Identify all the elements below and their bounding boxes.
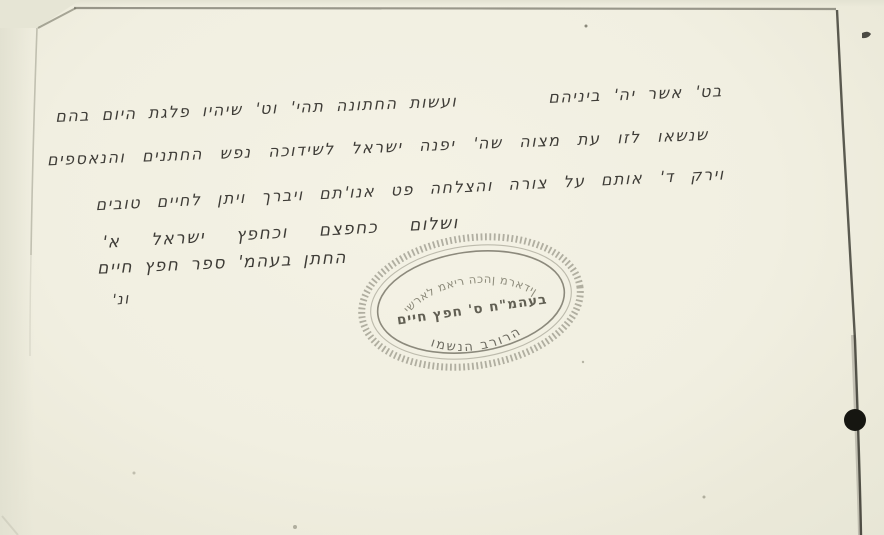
page-edge-top: [74, 8, 836, 9]
punch-hole-dot: [844, 409, 866, 431]
page-edge-corner-cut: [38, 8, 76, 28]
ink-stamp: ןידארמ ןהכה ריאמ לארשי בעהמ"ח ס' חפץ חיי…: [340, 222, 602, 386]
page-edge-left-faded: [30, 255, 31, 356]
bottom-left-crease: [2, 516, 18, 535]
paper-speck: [293, 525, 297, 529]
page-edge-left: [31, 28, 37, 255]
corner-ink-mark: [862, 32, 871, 38]
handwritten-flourish: ונ': [111, 291, 132, 308]
paper-speck: [585, 25, 588, 28]
paper-speck: [703, 496, 706, 499]
paper-speck: [133, 472, 136, 475]
scanned-letter-page: בט' אשר יה' ביניהם ועשות החתונה תהי' וט'…: [0, 0, 884, 535]
